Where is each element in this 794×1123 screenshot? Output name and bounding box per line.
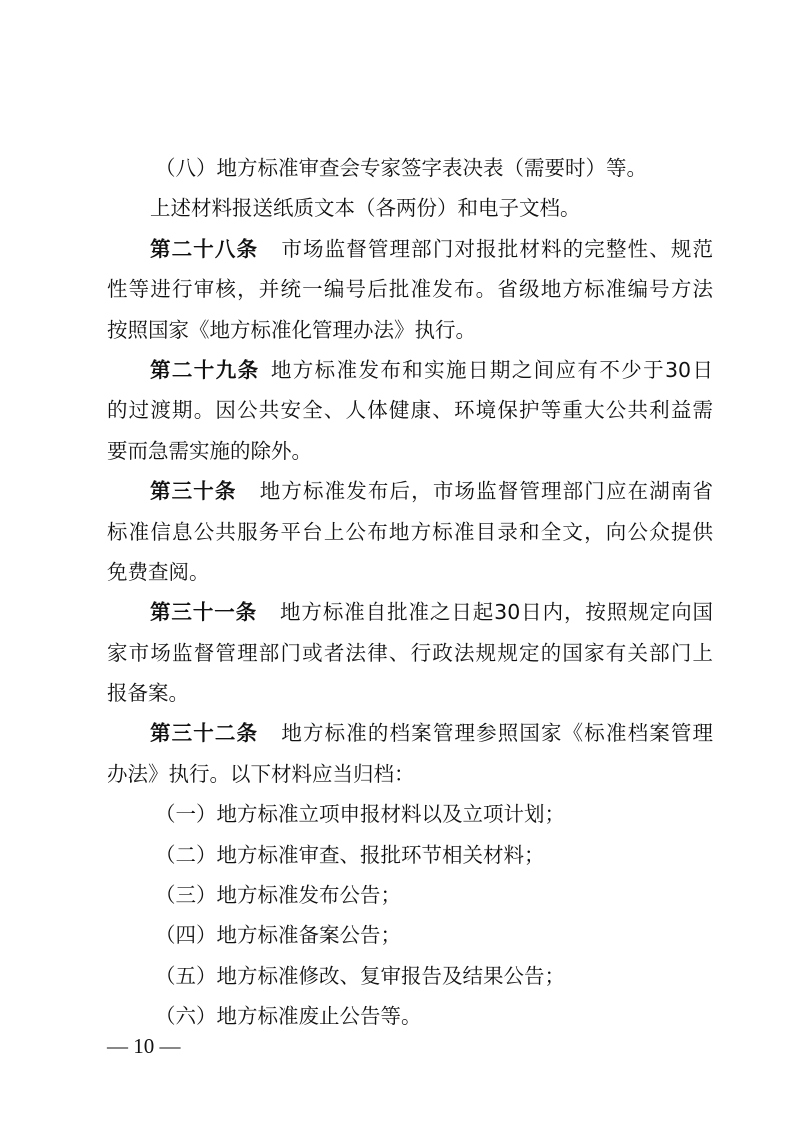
article-32-line-1: 第三十二条地方标准的档案管理参照国家《标准档案管理 (107, 713, 713, 753)
article-heading: 第二十九条 (150, 358, 259, 382)
article-29-line-1: 第二十九条地方标准发布和实施日期之间应有不少于30日 (107, 350, 713, 390)
article-text: 市场监督管理部门对报批材料的完整性、规范 (280, 237, 713, 261)
article-text: 性等进行审核，并统一编号后批准发布。省级地方标准编号方法 (107, 277, 713, 301)
list-item-1: （一）地方标准立项申报材料以及立项计划； (107, 794, 713, 834)
article-30-line-2: 标准信息公共服务平台上公布地方标准目录和全文，向公众提供 (107, 512, 713, 552)
article-text: 地方标准的档案管理参照国家《标准档案管理 (280, 721, 713, 745)
list-item-text: （二）地方标准审查、报批环节相关材料； (155, 843, 545, 867)
list-item-text: （一）地方标准立项申报材料以及立项计划； (155, 802, 565, 826)
list-item-5: （五）地方标准修改、复审报告及结果公告； (107, 956, 713, 996)
article-heading: 第三十条 (150, 479, 237, 503)
article-28-line-3: 按照国家《地方标准化管理办法》执行。 (107, 310, 713, 350)
list-item-text: （四）地方标准备案公告； (155, 923, 401, 947)
article-heading: 第二十八条 (150, 237, 258, 261)
document-page: （八）地方标准审查会专家签字表决表（需要时）等。 上述材料报送纸质文本（各两份）… (107, 148, 713, 1037)
article-28-line-1: 第二十八条市场监督管理部门对报批材料的完整性、规范 (107, 229, 713, 269)
article-31-line-3: 报备案。 (107, 673, 713, 713)
article-text: 报备案。 (107, 681, 189, 705)
article-heading: 第三十二条 (150, 721, 258, 745)
article-30-line-3: 免费查阅。 (107, 552, 713, 592)
list-item-text: （五）地方标准修改、复审报告及结果公告； (155, 964, 565, 988)
list-item-4: （四）地方标准备案公告； (107, 915, 713, 955)
article-text: 的过渡期。因公共安全、人体健康、环境保护等重大公共利益需 (107, 398, 713, 422)
list-item-8: （八）地方标准审查会专家签字表决表（需要时）等。 (107, 148, 713, 188)
page-number: — 10 — (107, 1034, 181, 1059)
article-31-line-2: 家市场监督管理部门或者法律、行政法规规定的国家有关部门上 (107, 633, 713, 673)
article-29-line-2: 的过渡期。因公共安全、人体健康、环境保护等重大公共利益需 (107, 390, 713, 430)
list-item-2: （二）地方标准审查、报批环节相关材料； (107, 835, 713, 875)
article-text: 地方标准发布和实施日期之间应有不少于30日 (269, 358, 713, 382)
list-item-text: （三）地方标准发布公告； (155, 883, 401, 907)
article-text: 按照国家《地方标准化管理办法》执行。 (107, 318, 476, 342)
article-heading: 第三十一条 (150, 600, 257, 624)
article-text: 地方标准自批准之日起30日内，按照规定向国 (279, 600, 713, 624)
article-29-line-3: 要而急需实施的除外。 (107, 431, 713, 471)
article-text: 家市场监督管理部门或者法律、行政法规规定的国家有关部门上 (107, 641, 713, 665)
list-item-6: （六）地方标准废止公告等。 (107, 996, 713, 1036)
article-30-line-1: 第三十条地方标准发布后，市场监督管理部门应在湖南省 (107, 471, 713, 511)
article-text: 地方标准发布后，市场监督管理部门应在湖南省 (259, 479, 713, 503)
paragraph-materials: 上述材料报送纸质文本（各两份）和电子文档。 (107, 188, 713, 228)
article-28-line-2: 性等进行审核，并统一编号后批准发布。省级地方标准编号方法 (107, 269, 713, 309)
list-item-3: （三）地方标准发布公告； (107, 875, 713, 915)
article-text: 标准信息公共服务平台上公布地方标准目录和全文，向公众提供 (107, 520, 713, 544)
list-item-text: （六）地方标准废止公告等。 (155, 1004, 422, 1028)
article-text: 要而急需实施的除外。 (107, 439, 312, 463)
article-32-line-2: 办法》执行。以下材料应当归档： (107, 754, 713, 794)
paragraph-text: 上述材料报送纸质文本（各两份）和电子文档。 (150, 196, 581, 220)
article-text: 办法》执行。以下材料应当归档： (107, 762, 415, 786)
list-item-text: （八）地方标准审查会专家签字表决表（需要时）等。 (155, 156, 647, 180)
article-text: 免费查阅。 (107, 560, 210, 584)
article-31-line-1: 第三十一条地方标准自批准之日起30日内，按照规定向国 (107, 592, 713, 632)
